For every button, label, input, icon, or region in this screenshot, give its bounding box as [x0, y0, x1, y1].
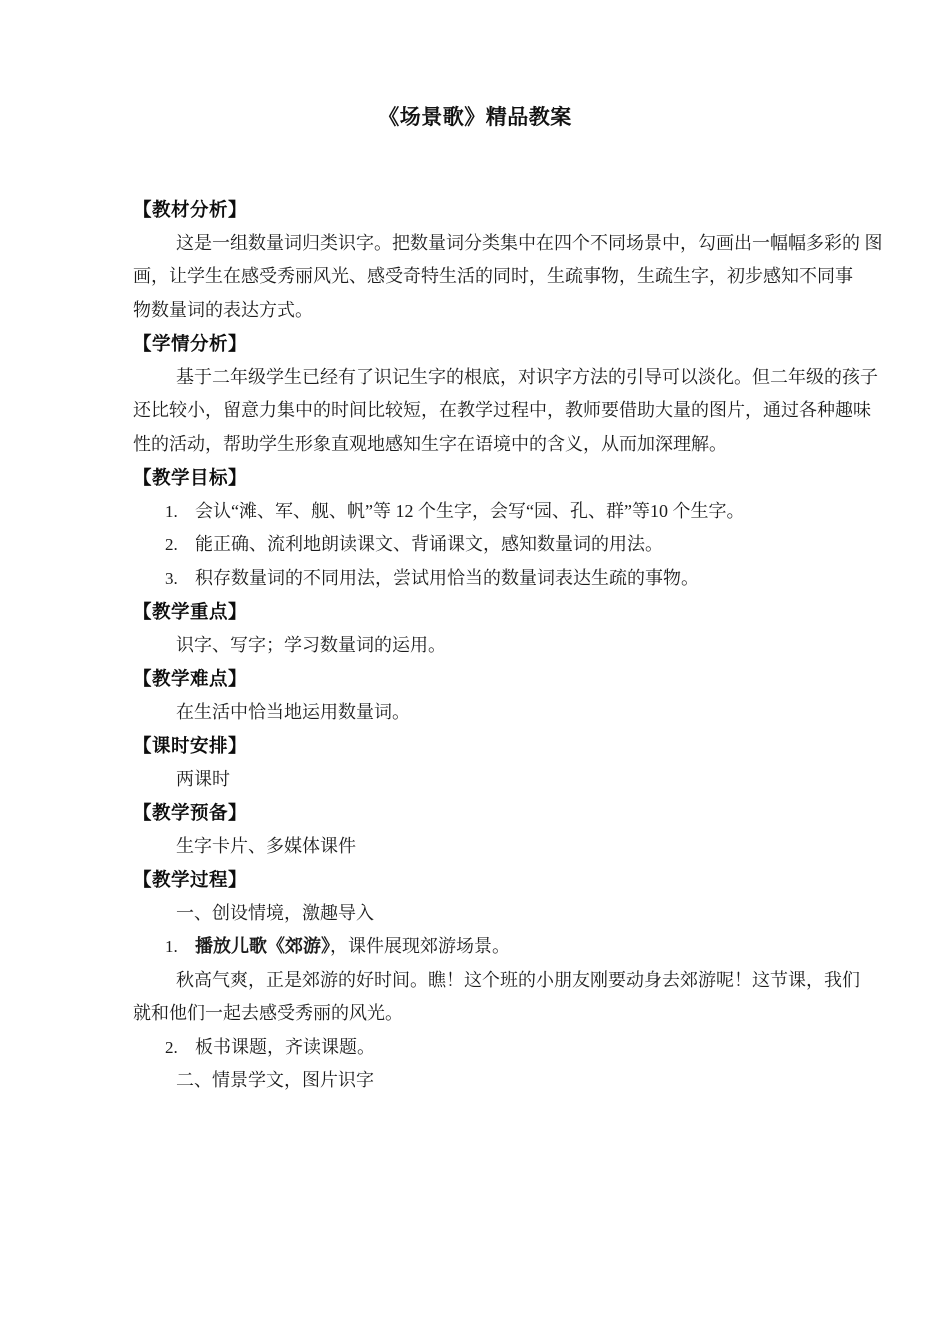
list-item-number: 2. — [165, 528, 195, 562]
section-heading: 【教学难点】 — [133, 662, 848, 696]
text-line: 在生活中恰当地运用数量词。 — [133, 696, 848, 730]
list-item: 3.积存数量词的不同用法，尝试用恰当的数量词表达生疏的事物。 — [133, 562, 848, 596]
section-heading: 【教学重点】 — [133, 595, 848, 629]
list-item-text: ，课件展现郊游场景。 — [330, 936, 510, 956]
list-item-text: 板书课题，齐读课题。 — [195, 1037, 375, 1057]
text-line: 基于二年级学生已经有了识记生字的根底，对识字方法的引导可以淡化。但二年级的孩子 — [133, 361, 848, 395]
text-line: 还比较小，留意力集中的时间比较短，在教学过程中，教师要借助大量的图片，通过各种趣… — [133, 394, 848, 428]
list-item-number: 2. — [165, 1031, 195, 1065]
section-heading: 【课时安排】 — [133, 729, 848, 763]
list-item: 2.能正确、流利地朗读课文、背诵课文，感知数量词的用法。 — [133, 528, 848, 562]
list-item-bold-text: 播放儿歌《郊游》 — [195, 936, 330, 956]
section-heading: 【教学过程】 — [133, 863, 848, 897]
text-line: 两课时 — [133, 763, 848, 797]
text-line: 秋高气爽，正是郊游的好时间。瞧！这个班的小朋友刚要动身去郊游呢！这节课，我们 — [133, 964, 848, 998]
text-line: 这是一组数量词归类识字。把数量词分类集中在四个不同场景中，勾画出一幅幅多彩的 图 — [133, 227, 848, 261]
text-line: 一、创设情境，激趣导入 — [133, 897, 848, 931]
text-line: 物数量词的表达方式。 — [133, 294, 848, 328]
text-line: 识字、写字；学习数量词的运用。 — [133, 629, 848, 663]
text-line: 二、情景学文，图片识字 — [133, 1064, 848, 1098]
list-item: 1.播放儿歌《郊游》，课件展现郊游场景。 — [133, 930, 848, 964]
list-item-text: 会认“滩、军、舰、帆”等 12 个生字，会写“园、孔、群”等10 个生字。 — [195, 501, 744, 521]
text-line: 就和他们一起去感受秀丽的风光。 — [133, 997, 848, 1031]
list-item: 1.会认“滩、军、舰、帆”等 12 个生字，会写“园、孔、群”等10 个生字。 — [133, 495, 848, 529]
text-line: 生字卡片、多媒体课件 — [133, 830, 848, 864]
list-item-number: 1. — [165, 495, 195, 529]
section-heading: 【学情分析】 — [133, 327, 848, 361]
document-title: 《场景歌》精品教案 — [0, 101, 950, 134]
document-body: 【教材分析】这是一组数量词归类识字。把数量词分类集中在四个不同场景中，勾画出一幅… — [133, 193, 848, 1098]
list-item: 2.板书课题，齐读课题。 — [133, 1031, 848, 1065]
text-line: 性的活动，帮助学生形象直观地感知生字在语境中的含义，从而加深理解。 — [133, 428, 848, 462]
document-page: 《场景歌》精品教案 【教材分析】这是一组数量词归类识字。把数量词分类集中在四个不… — [0, 0, 950, 1344]
list-item-number: 1. — [165, 930, 195, 964]
section-heading: 【教学目标】 — [133, 461, 848, 495]
text-line: 画，让学生在感受秀丽风光、感受奇特生活的同时，生疏事物，生疏生字，初步感知不同事 — [133, 260, 848, 294]
list-item-number: 3. — [165, 562, 195, 596]
list-item-text: 积存数量词的不同用法，尝试用恰当的数量词表达生疏的事物。 — [195, 568, 699, 588]
section-heading: 【教学预备】 — [133, 796, 848, 830]
section-heading: 【教材分析】 — [133, 193, 848, 227]
list-item-text: 能正确、流利地朗读课文、背诵课文，感知数量词的用法。 — [195, 534, 663, 554]
